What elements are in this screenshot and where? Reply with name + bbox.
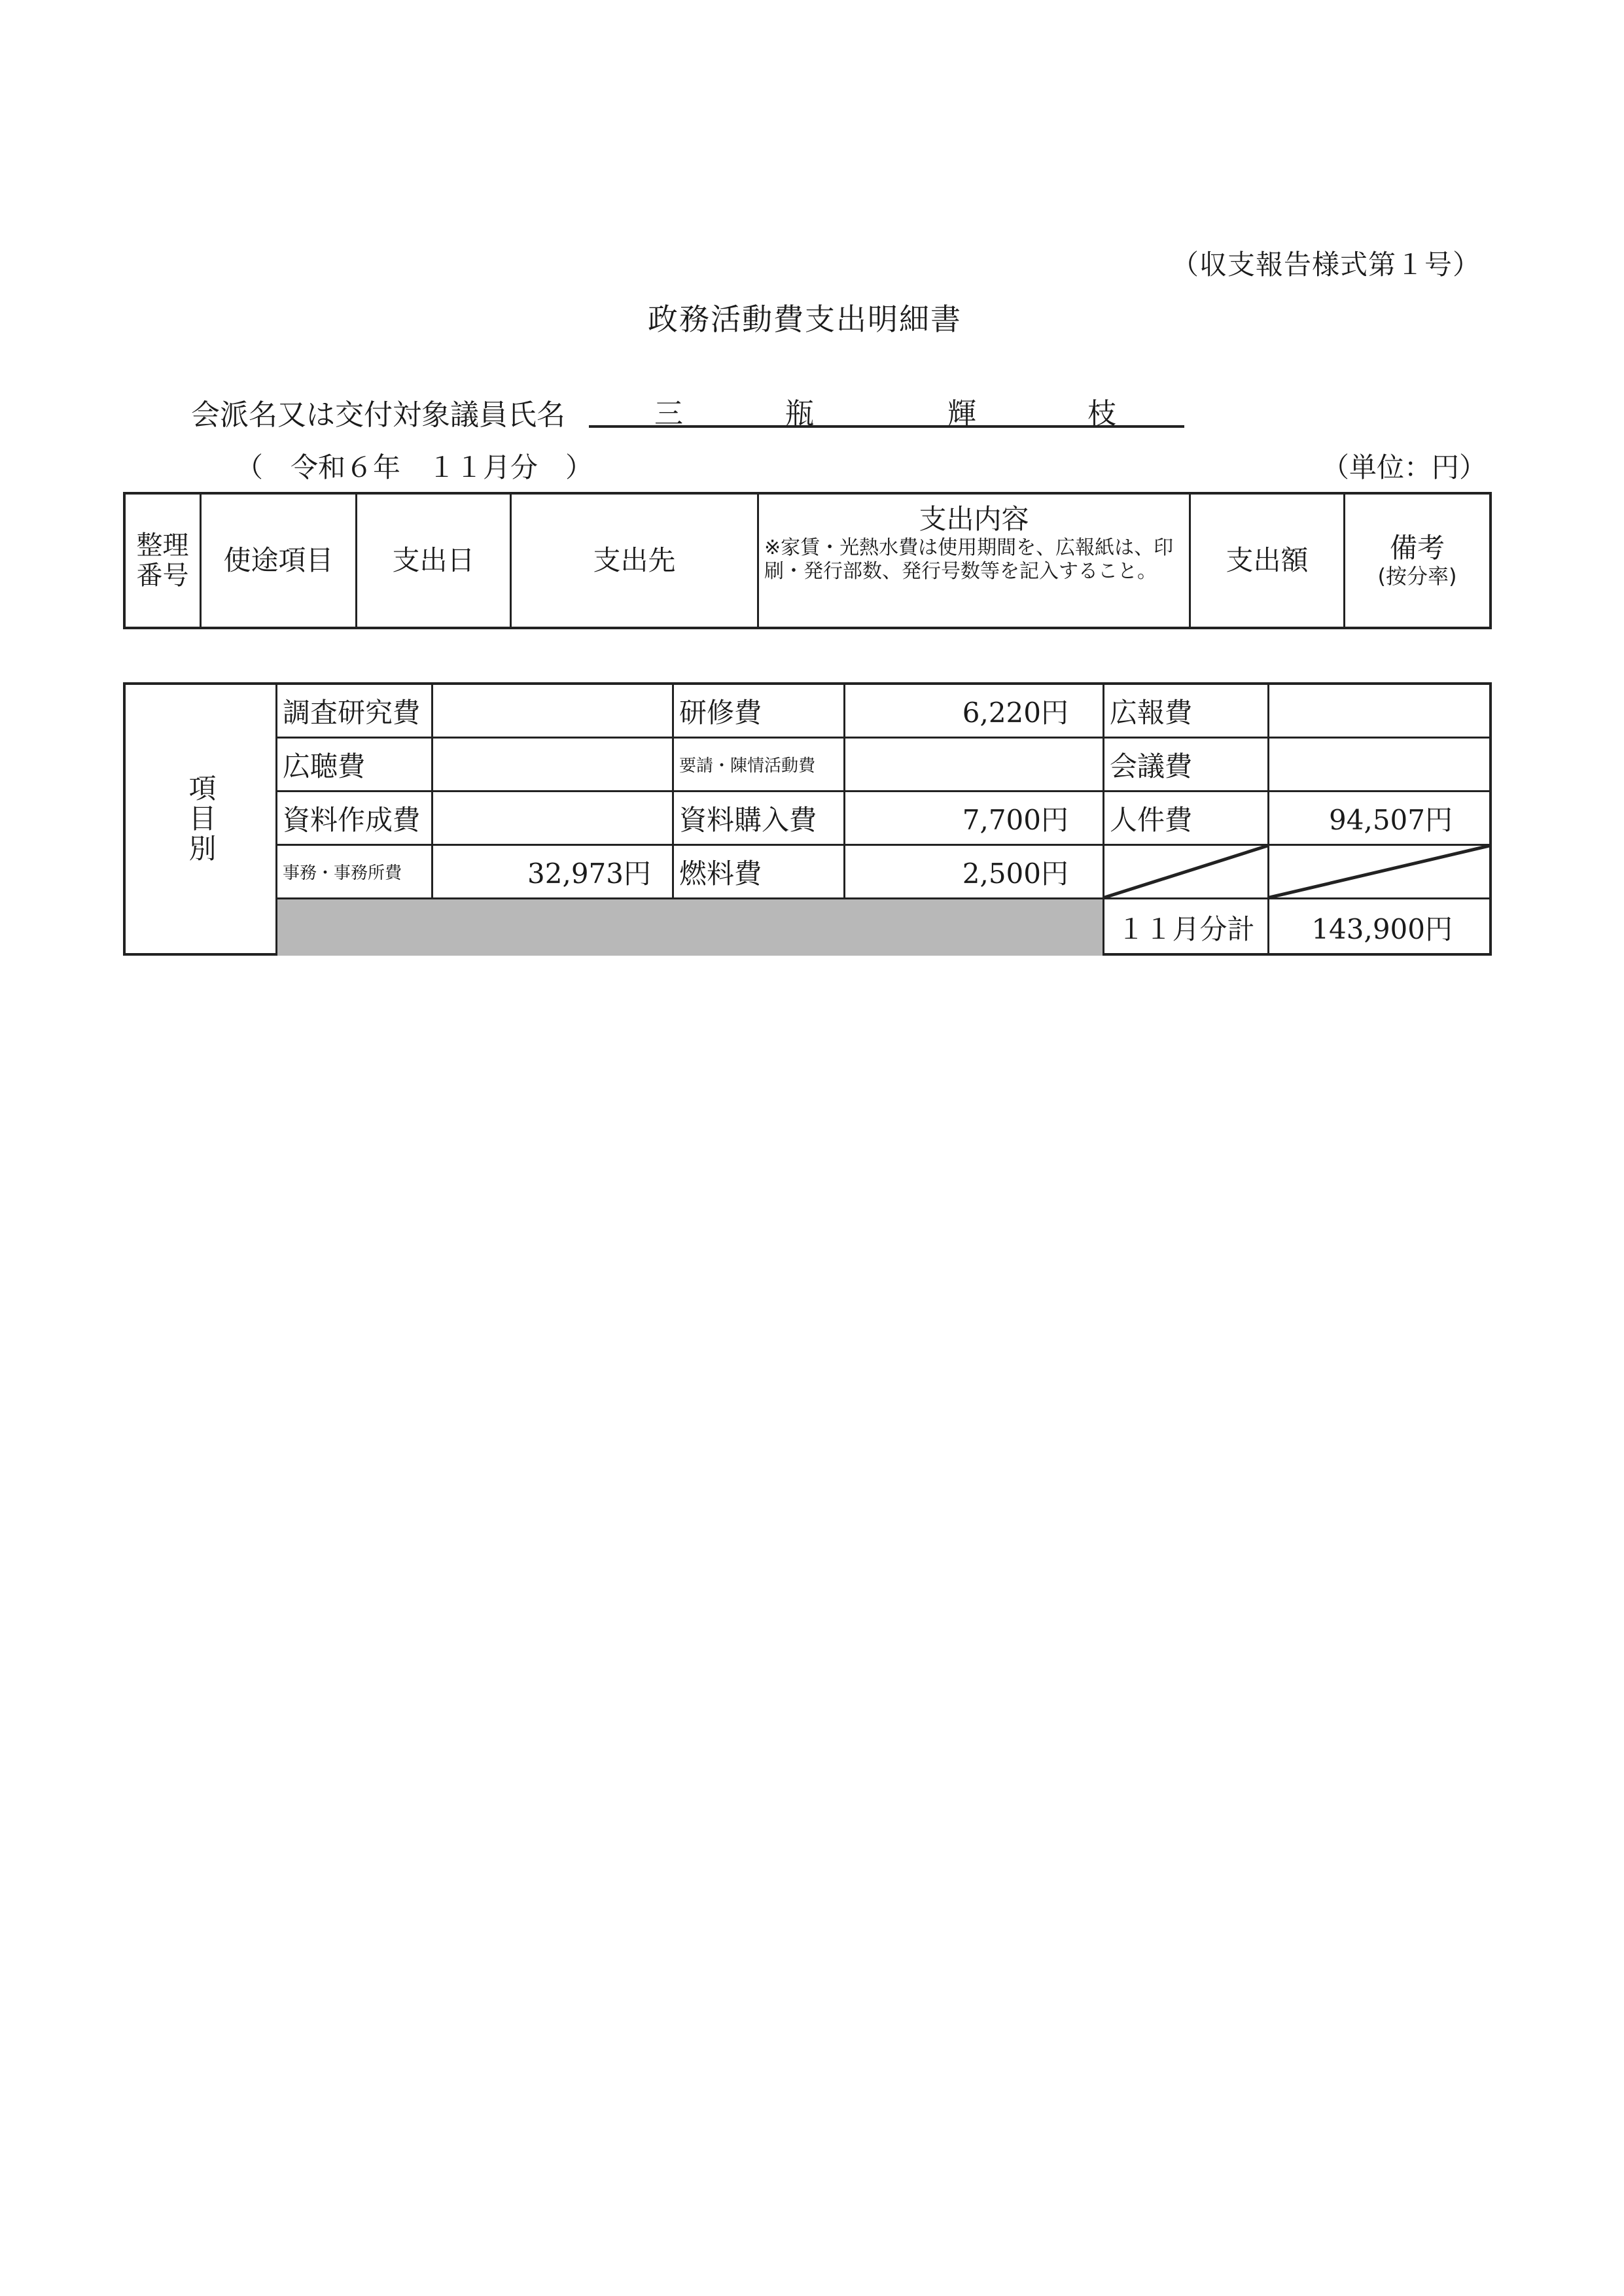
category-label: 資料購入費: [674, 792, 845, 844]
table-row: 広聴費 要請・陳情活動費 会議費: [277, 739, 1489, 792]
header-content-title: 支出内容: [764, 504, 1184, 535]
category-value: [433, 739, 674, 790]
document-title: 政務活動費支出明細書: [648, 296, 962, 339]
header-use-item: 使途項目: [202, 495, 357, 627]
category-side-label: 項目別: [126, 685, 277, 953]
unit-label: （単位：円）: [1322, 446, 1487, 485]
category-label: 広報費: [1104, 685, 1269, 737]
category-value: [845, 739, 1104, 790]
blank-diagonal-cell: [1269, 846, 1489, 897]
total-label: １１月分計: [1104, 899, 1269, 956]
category-value: 2,500円: [845, 846, 1104, 897]
member-name-label: 会派名又は交付対象議員氏名: [191, 391, 565, 433]
shaded-blank-area: [277, 899, 1104, 956]
table-row: 調査研究費 研修費 6,220円 広報費: [277, 685, 1489, 739]
category-label: 調査研究費: [277, 685, 433, 737]
blank-diagonal-cell: [1104, 846, 1269, 897]
header-content: 支出内容 ※家賃・光熱水費は使用期間を、広報紙は、印刷・発行部数、発行号数等を記…: [759, 495, 1191, 627]
category-value: 94,507円: [1269, 792, 1489, 844]
header-remarks-sub: (按分率): [1378, 565, 1457, 589]
category-value: 7,700円: [845, 792, 1104, 844]
table-row: 資料作成費 資料購入費 7,700円 人件費 94,507円: [277, 792, 1489, 846]
total-value: 143,900円: [1269, 899, 1489, 956]
category-label: 事務・事務所費: [277, 846, 433, 897]
header-serial-line2: 番号: [137, 561, 189, 591]
category-summary-table: 項目別 調査研究費 研修費 6,220円 広報費 広聴費 要請・陳情活動費 会議…: [123, 682, 1492, 956]
form-number: （収支報告様式第１号）: [1171, 243, 1481, 283]
category-label: 広聴費: [277, 739, 433, 790]
category-label: 研修費: [674, 685, 845, 737]
expense-detail-header-table: 整理 番号 使途項目 支出日 支出先 支出内容 ※家賃・光熱水費は使用期間を、広…: [123, 492, 1492, 629]
header-remarks: 備考 (按分率): [1345, 495, 1489, 627]
reporting-period: （ 令和６年 １１月分 ）: [236, 446, 593, 485]
header-serial-line1: 整理: [137, 531, 189, 561]
header-payee: 支出先: [512, 495, 759, 627]
category-value: [433, 685, 674, 737]
header-amount: 支出額: [1191, 495, 1345, 627]
header-date: 支出日: [357, 495, 512, 627]
category-label: 資料作成費: [277, 792, 433, 844]
category-label: 要請・陳情活動費: [674, 739, 845, 790]
header-remarks-title: 備考: [1390, 532, 1445, 564]
category-label: 燃料費: [674, 846, 845, 897]
category-value: 32,973円: [433, 846, 674, 897]
diagonal-slash-icon: [1104, 846, 1267, 897]
category-value: [433, 792, 674, 844]
header-content-note: ※家賃・光熱水費は使用期間を、広報紙は、印刷・発行部数、発行号数等を記入すること…: [764, 536, 1184, 583]
category-label: 人件費: [1104, 792, 1269, 844]
category-label: 会議費: [1104, 739, 1269, 790]
category-grid: 調査研究費 研修費 6,220円 広報費 広聴費 要請・陳情活動費 会議費 資料…: [277, 685, 1489, 953]
table-row: 事務・事務所費 32,973円 燃料費 2,500円: [277, 846, 1489, 899]
diagonal-slash-icon: [1269, 846, 1489, 897]
category-value: [1269, 739, 1489, 790]
name-underline: [589, 425, 1184, 428]
category-value: [1269, 685, 1489, 737]
total-row: １１月分計 143,900円: [277, 899, 1489, 956]
header-serial-number: 整理 番号: [126, 495, 202, 627]
category-value: 6,220円: [845, 685, 1104, 737]
category-side-text: 項目別: [181, 774, 221, 864]
